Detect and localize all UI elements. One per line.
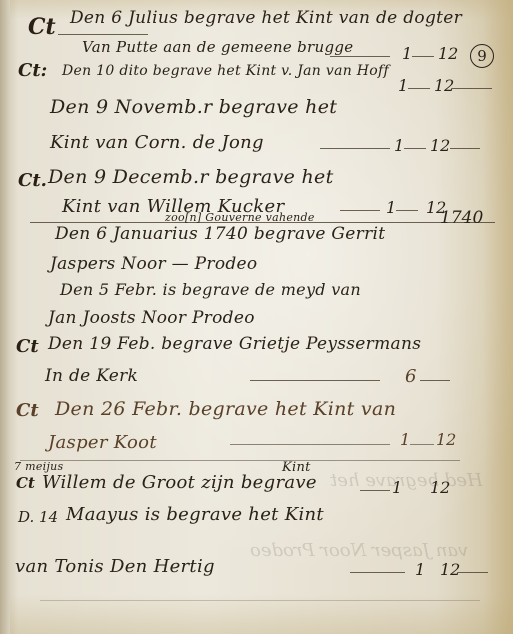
dash-rule bbox=[250, 380, 380, 381]
dash-rule bbox=[408, 88, 430, 89]
margin-mark: D. 14 bbox=[18, 508, 58, 526]
amount-gulden: 6 bbox=[405, 366, 416, 387]
entry-line: Den 6 Januarius 1740 begrave Gerrit bbox=[55, 224, 385, 244]
entry-line: Den 5 Febr. is begrave de meyd van bbox=[60, 280, 361, 299]
underline bbox=[58, 34, 148, 35]
dash-rule bbox=[410, 444, 434, 445]
entry-line: Den 9 Novemb.r begrave het bbox=[50, 96, 337, 118]
dash-rule bbox=[340, 210, 380, 211]
entry-line: Jaspers Noor — Prodeo bbox=[50, 254, 257, 274]
margin-mark: Ct bbox=[16, 336, 39, 357]
amount-stuivers: 12 bbox=[438, 44, 458, 63]
entry-line: Kint van Corn. de Jong bbox=[50, 132, 264, 153]
faint-rule bbox=[40, 600, 480, 601]
amount-gulden: 1 bbox=[400, 430, 410, 449]
entry-line: Den 26 Febr. begrave het Kint van bbox=[55, 398, 396, 420]
margin-mark: Ct. bbox=[18, 170, 47, 191]
amount-gulden: 1 bbox=[394, 136, 404, 155]
manuscript-page: van Jasper Noor Prodeo Hed begrave het 9… bbox=[0, 0, 513, 634]
entry-line: Den 19 Feb. begrave Grietje Peyssermans bbox=[48, 334, 421, 354]
amount-stuivers: 12 bbox=[434, 76, 454, 95]
dash-rule bbox=[420, 380, 450, 381]
entry-line: Van Putte aan de gemeene brugge bbox=[82, 38, 353, 56]
amount-stuivers: 12 bbox=[430, 478, 450, 497]
interlinear-note: zoo[n] Gouverne vahende bbox=[165, 211, 315, 224]
dash-rule bbox=[230, 444, 390, 445]
dash-rule bbox=[458, 572, 488, 573]
entry-line: Maayus is begrave het Kint bbox=[66, 504, 324, 525]
entry-line: Den 9 Decemb.r begrave het bbox=[48, 166, 334, 188]
amount-gulden: 1 bbox=[398, 76, 408, 95]
page-number-circle: 9 bbox=[470, 44, 494, 68]
amount-gulden: 1 bbox=[386, 198, 396, 217]
dash-rule bbox=[330, 56, 390, 57]
dash-rule bbox=[450, 148, 480, 149]
entry-line: In de Kerk bbox=[45, 366, 138, 386]
margin-mark: Ct bbox=[16, 474, 35, 492]
year-marker: 1740 bbox=[440, 208, 483, 228]
dash-rule bbox=[412, 56, 434, 57]
amount-stuivers: 12 bbox=[440, 560, 460, 579]
entry-line: Den 10 dito begrave het Kint v. Jan van … bbox=[62, 63, 389, 79]
amount-stuivers: 12 bbox=[436, 430, 456, 449]
entry-line: van Tonis Den Hertig bbox=[15, 556, 215, 577]
entry-line: Willem de Groot zijn begrave bbox=[42, 472, 317, 493]
entry-line: Jasper Koot bbox=[48, 432, 157, 453]
dash-rule bbox=[452, 88, 492, 89]
dash-rule bbox=[360, 490, 390, 491]
dash-rule bbox=[404, 148, 426, 149]
bleed-through-text: Hed begrave het bbox=[330, 470, 483, 491]
amount-gulden: 1 bbox=[402, 44, 412, 63]
amount-stuivers: 12 bbox=[430, 136, 450, 155]
margin-mark: Ct bbox=[16, 400, 39, 421]
dash-rule bbox=[396, 210, 418, 211]
separator-rule bbox=[20, 460, 460, 461]
amount-gulden: 1 bbox=[392, 478, 402, 497]
bleed-through-text: van Jasper Noor Prodeo bbox=[250, 540, 468, 561]
amount-gulden: 1 bbox=[415, 560, 425, 579]
margin-mark: Ct: bbox=[18, 60, 47, 81]
dash-rule bbox=[320, 148, 390, 149]
dash-rule bbox=[350, 572, 405, 573]
entry-line: Jan Joosts Noor Prodeo bbox=[48, 308, 255, 328]
binding-edge bbox=[0, 0, 10, 634]
margin-mark: Ct bbox=[28, 14, 56, 40]
entry-line: Den 6 Julius begrave het Kint van de dog… bbox=[70, 8, 462, 28]
